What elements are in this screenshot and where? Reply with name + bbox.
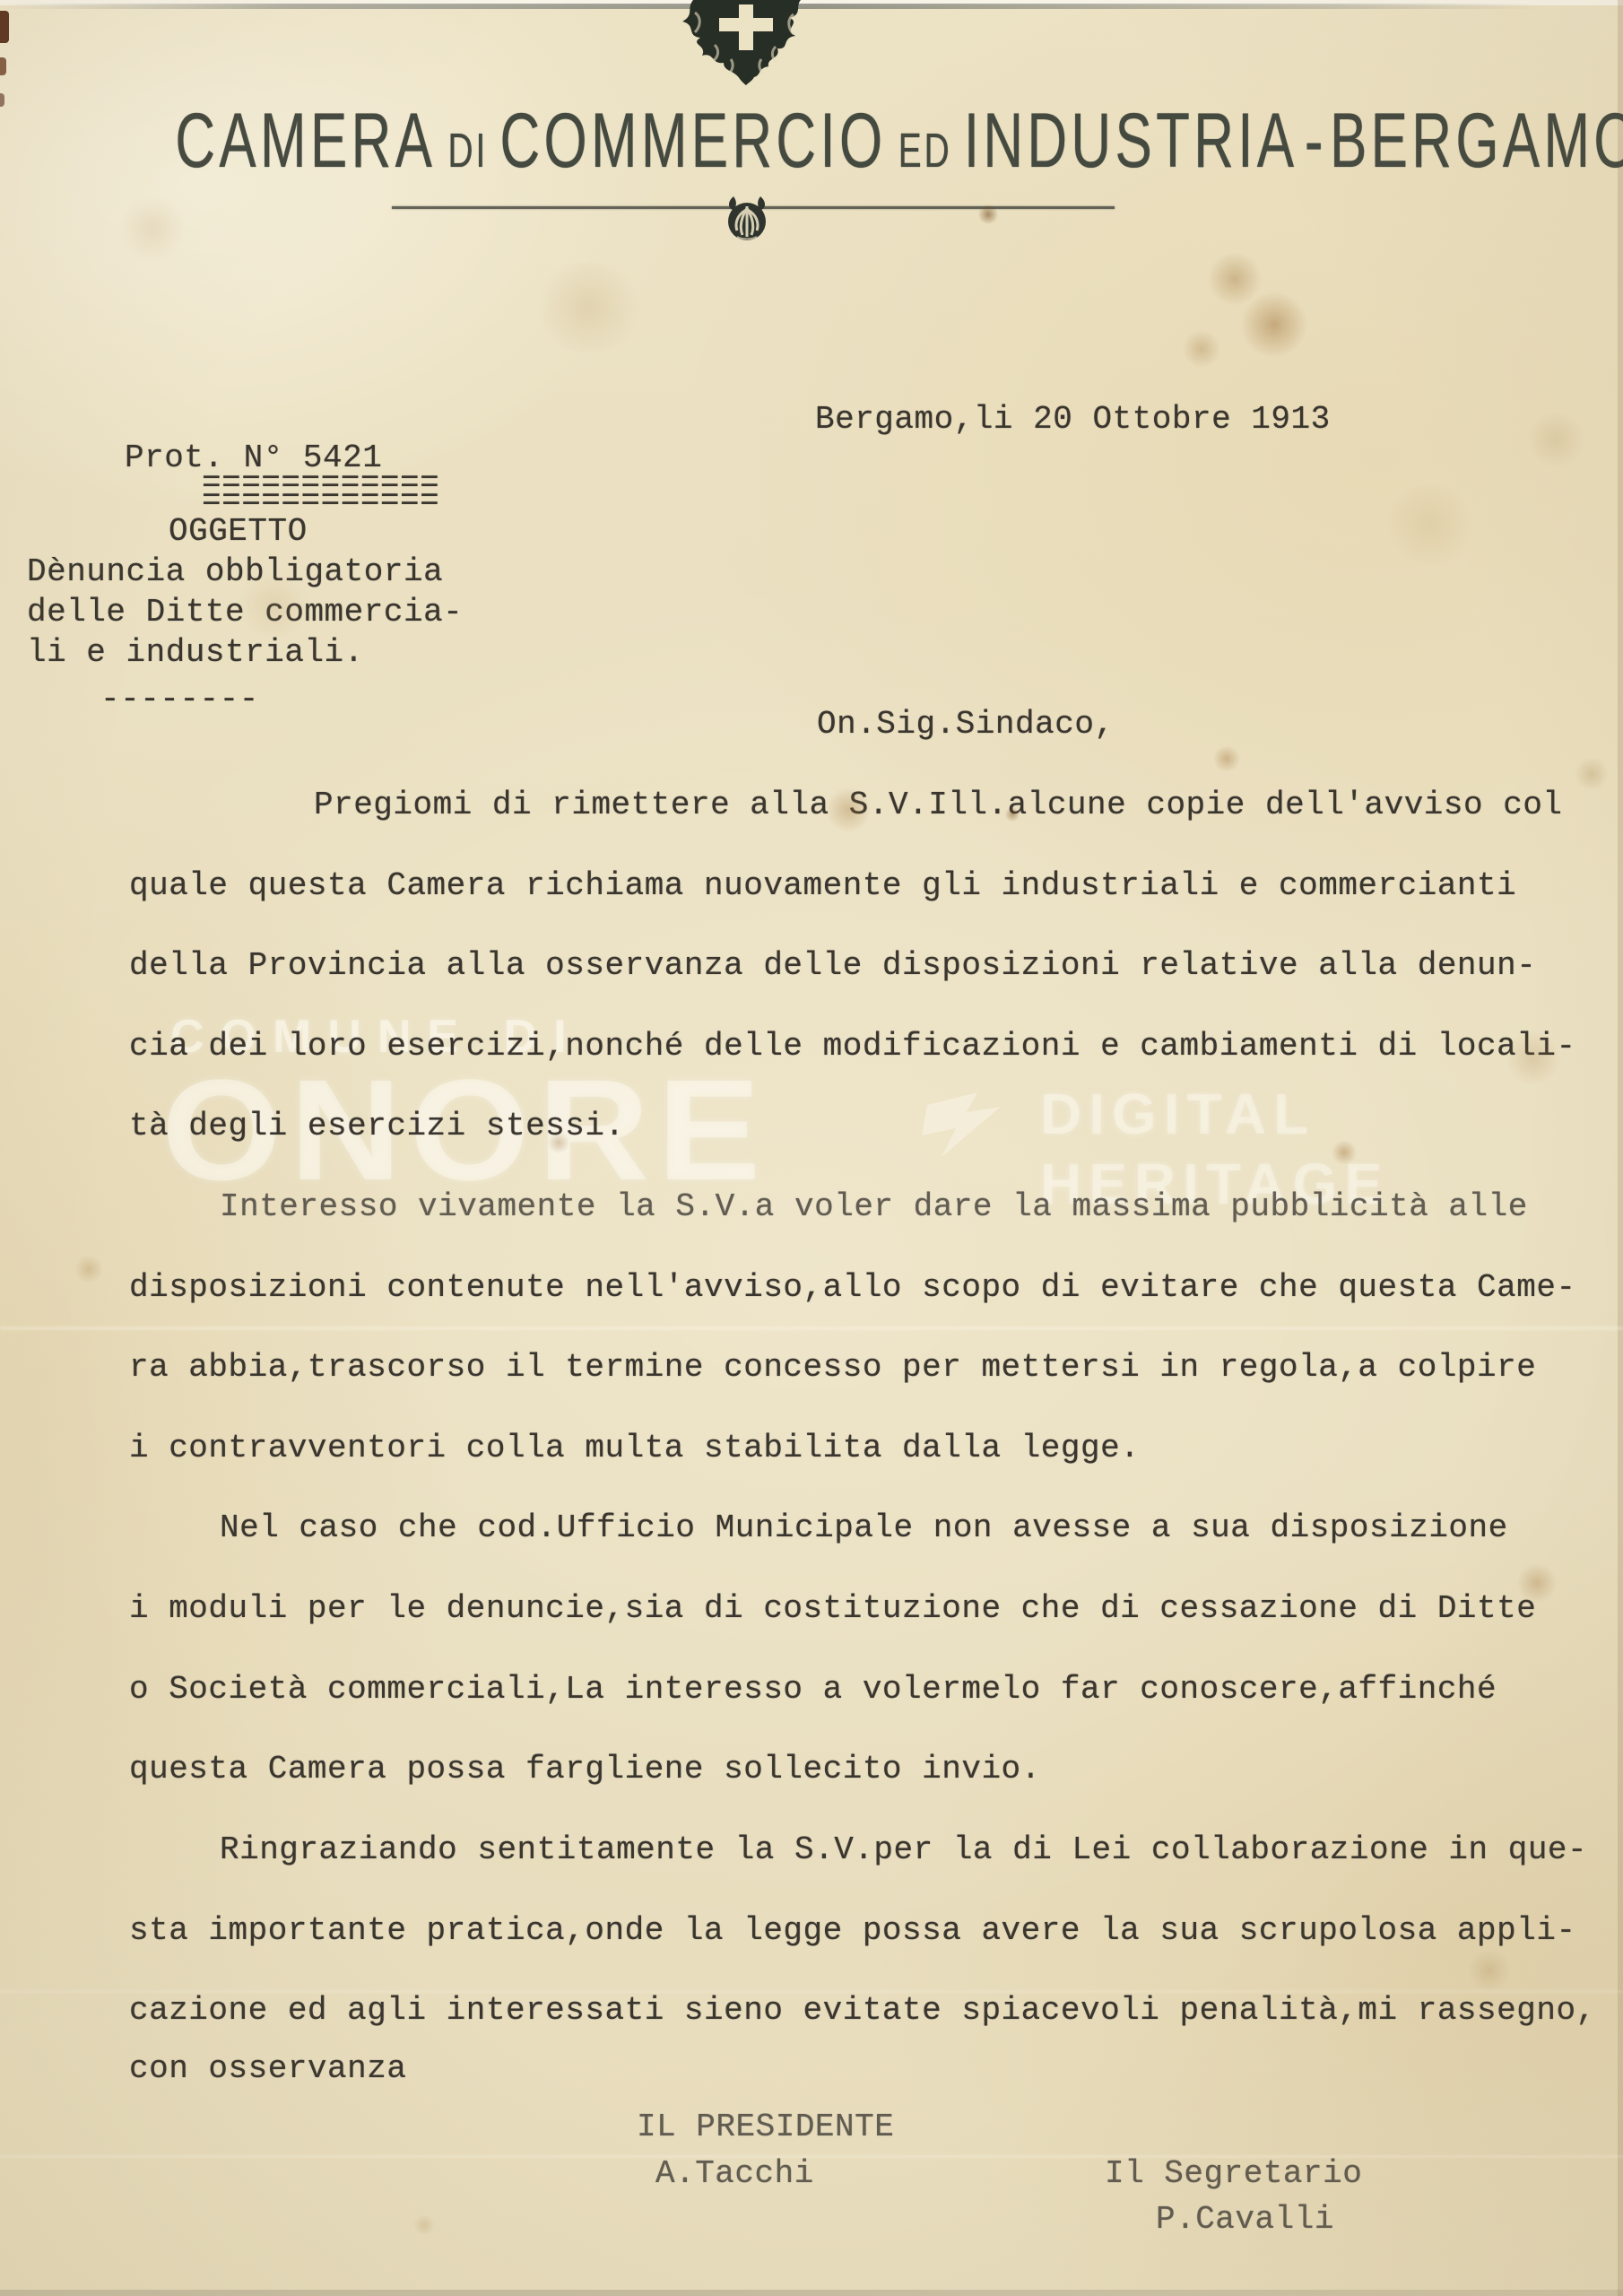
title-dash: - bbox=[1305, 98, 1324, 184]
stain bbox=[1524, 413, 1587, 466]
stain bbox=[1381, 484, 1480, 565]
stain bbox=[117, 197, 188, 260]
body-line: cazione ed agli interessati sieno evitat… bbox=[129, 1991, 1596, 2030]
secretary-name: P.Cavalli bbox=[1156, 2200, 1334, 2239]
stain bbox=[1574, 758, 1610, 790]
body-line: i contravventori colla multa stabilita d… bbox=[129, 1429, 1140, 1467]
stain bbox=[1239, 292, 1309, 357]
title-word: BERGAMO bbox=[1330, 98, 1623, 184]
subject-line: li e industriali. bbox=[27, 633, 364, 672]
subject-line: Dènuncia obbligatoria bbox=[27, 552, 443, 591]
date-line: Bergamo,li 20 Ottobre 1913 bbox=[815, 400, 1331, 439]
stain bbox=[1206, 253, 1263, 305]
body-line: sta importante pratica,onde la legge pos… bbox=[129, 1911, 1576, 1950]
body-line: tà degli esercizi stessi. bbox=[129, 1107, 625, 1145]
body-line: cia dei loro esercizi,nonché delle modif… bbox=[129, 1027, 1576, 1065]
body-line: Pregiomi di rimettere alla S.V.Ill.alcun… bbox=[314, 786, 1563, 824]
body-line: questa Camera possa fargliene sollecito … bbox=[129, 1750, 1041, 1788]
subject-label: OGGETTO bbox=[169, 512, 308, 551]
scan-edge-mark bbox=[0, 11, 9, 43]
title-connector: DI bbox=[448, 124, 489, 178]
body-line: ra abbia,trascorso il termine concesso p… bbox=[129, 1348, 1536, 1387]
stain bbox=[529, 262, 646, 352]
title-word: CAMERA bbox=[175, 98, 436, 184]
page-title: CAMERA DI COMMERCIO ED INDUSTRIA - BERGA… bbox=[175, 97, 1343, 186]
stain bbox=[412, 2215, 436, 2235]
subject-end-dashes: -------- bbox=[100, 680, 259, 718]
crest-icon bbox=[668, 0, 825, 86]
body-line: i moduli per le denuncie,sia di costituz… bbox=[129, 1589, 1536, 1628]
body-line: o Società commerciali,La interesso a vol… bbox=[129, 1670, 1497, 1709]
fold-line bbox=[0, 1326, 1623, 1330]
palmette-ornament-icon bbox=[723, 194, 771, 244]
body-line: Ringraziando sentitamente la S.V.per la … bbox=[220, 1831, 1587, 1869]
scan-edge-mark bbox=[0, 93, 4, 107]
scan-edge-mark bbox=[0, 57, 6, 75]
stain bbox=[74, 1256, 104, 1283]
stain bbox=[1466, 1951, 1513, 1990]
title-word: INDUSTRIA bbox=[964, 98, 1298, 184]
scan-bottom-edge bbox=[0, 2290, 1623, 2296]
title-word: COMMERCIO bbox=[499, 98, 886, 184]
body-line: Nel caso che cod.Ufficio Municipale non … bbox=[220, 1509, 1508, 1547]
watermark-digital-text: DIGITAL bbox=[1040, 1081, 1315, 1147]
subject-line: delle Ditte commercia- bbox=[27, 593, 463, 631]
president-name: A.Tacchi bbox=[655, 2154, 814, 2193]
scanned-letter-page: COMUNE DI ONORE DIGITAL HERITAGE CAMERA … bbox=[0, 0, 1623, 2296]
salutation: On.Sig.Sindaco, bbox=[817, 705, 1115, 744]
digital-heritage-logo-icon bbox=[916, 1085, 1006, 1166]
president-title: IL PRESIDENTE bbox=[637, 2108, 894, 2146]
stain bbox=[1212, 746, 1241, 771]
stain bbox=[1182, 330, 1221, 368]
body-line: quale questa Camera richiama nuovamente … bbox=[129, 866, 1516, 905]
secretary-title: Il Segretario bbox=[1105, 2154, 1362, 2193]
body-line: con osservanza bbox=[129, 2049, 406, 2088]
body-line: disposizioni contenute nell'avviso,allo … bbox=[129, 1268, 1576, 1307]
body-line: della Provincia alla osservanza delle di… bbox=[129, 946, 1536, 985]
body-line: Interesso vivamente la S.V.a voler dare … bbox=[220, 1187, 1528, 1226]
scan-right-edge bbox=[1618, 0, 1623, 2296]
title-connector: ED bbox=[898, 124, 952, 178]
